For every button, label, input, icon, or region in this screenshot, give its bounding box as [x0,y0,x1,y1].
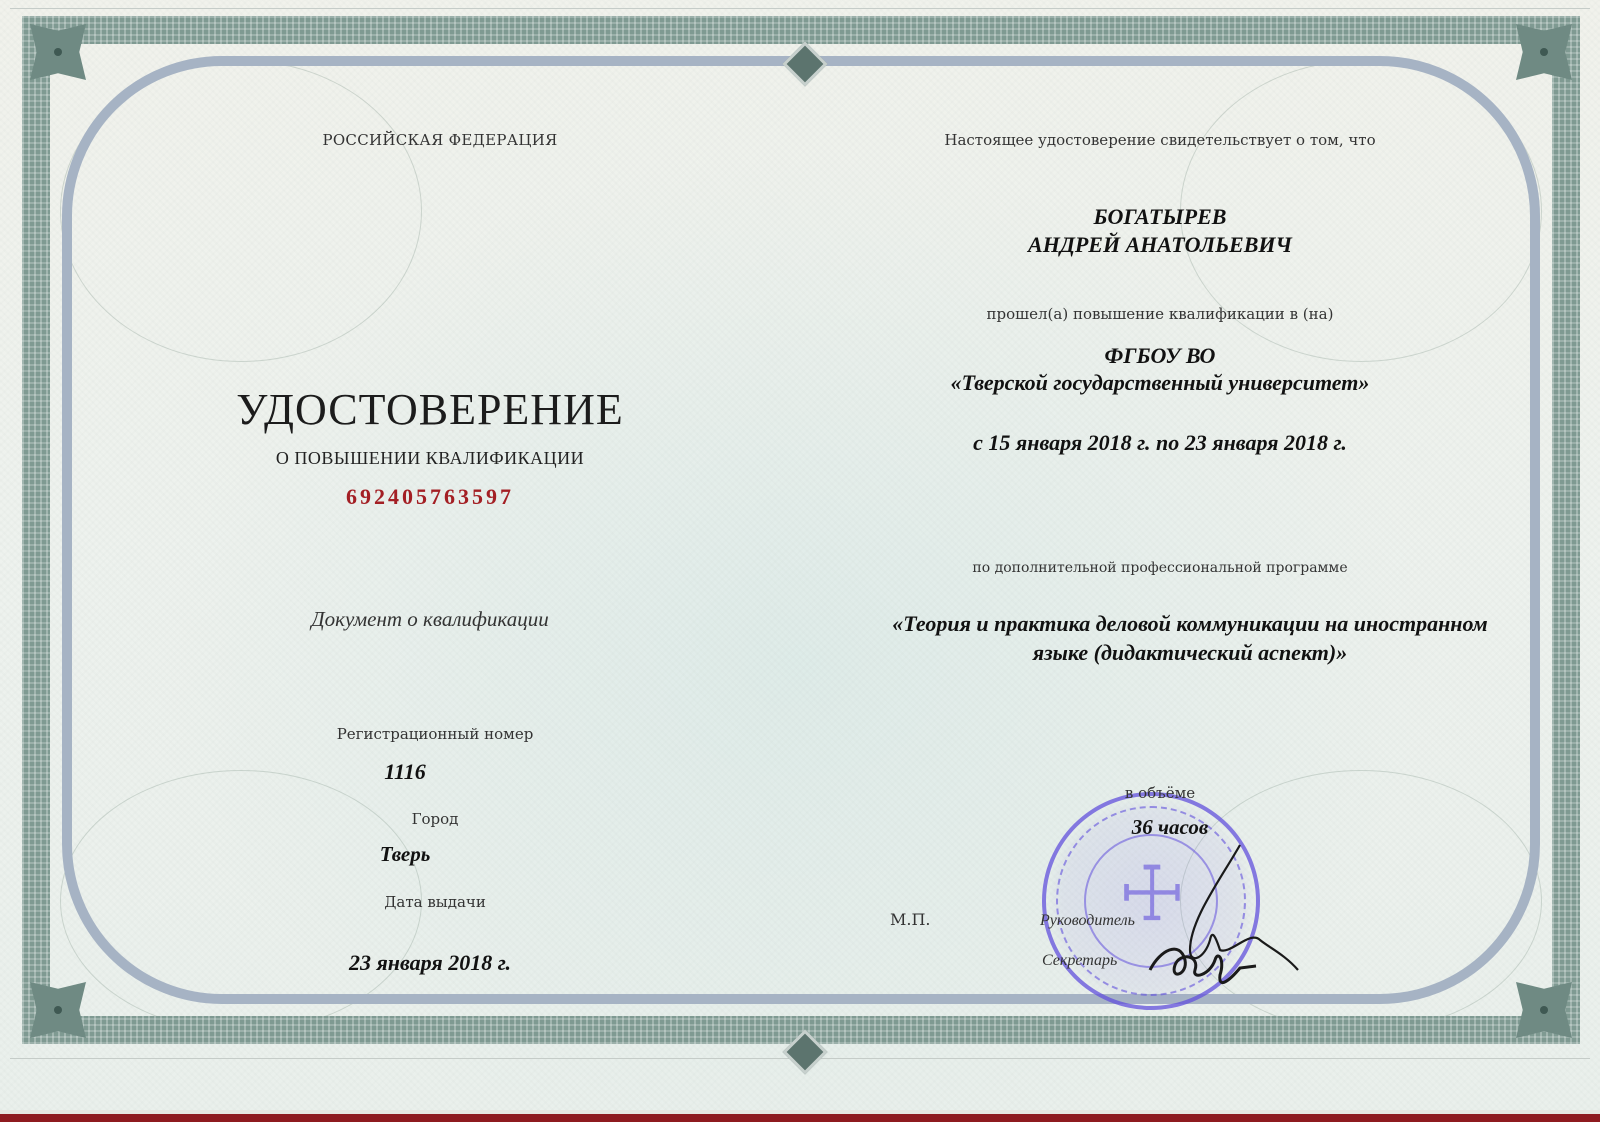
holder-surname: БОГАТЫРЕВ [950,204,1370,230]
stamp-place-label: М.П. [890,910,950,929]
registration-number-label: Регистрационный номер [280,725,590,743]
certificate-intro: Настоящее удостоверение свидетельствует … [900,131,1420,149]
issue-date-label: Дата выдачи [330,893,540,911]
program-title-line-1: «Теория и практика деловой коммуникации … [840,611,1540,637]
city-value: Тверь [330,842,480,867]
document-title: УДОСТОВЕРЕНИЕ [200,384,660,435]
country-label: РОССИЙСКАЯ ФЕДЕРАЦИЯ [280,131,600,149]
secretary-signature [1140,930,1260,1000]
program-title-line-2: языке (дидактический аспект)» [840,640,1540,666]
issue-date-value: 23 января 2018 г. [300,950,560,976]
volume-label: в объёме [1100,784,1220,802]
document-subtitle: О ПОВЫШЕНИИ КВАЛИФИКАЦИИ [200,448,660,469]
training-period: с 15 января 2018 г. по 23 января 2018 г. [900,430,1420,456]
institution-line-2: «Тверской государственный университет» [900,370,1420,396]
institution-line-1: ФГБОУ ВО [900,343,1420,369]
volume-value: 36 часов [1110,815,1230,840]
head-signature-label: Руководитель [1040,912,1170,930]
city-label: Город [360,810,510,828]
certificate-sheet: РОССИЙСКАЯ ФЕДЕРАЦИЯ УДОСТОВЕРЕНИЕ О ПОВ… [0,0,1600,1110]
corner-ornament-icon [30,24,86,80]
registration-number-value: 1116 [330,759,480,785]
holder-given-names: АНДРЕЙ АНАТОЛЬЕВИЧ [950,232,1370,258]
corner-ornament-icon [1516,982,1572,1038]
serial-number: 692405763597 [200,484,660,510]
inner-ornamental-band [62,56,1540,1004]
outer-rule [10,8,1590,9]
cover-edge-strip [0,1114,1600,1122]
document-kind: Документ о квалификации [230,607,630,632]
corner-ornament-icon [1516,24,1572,80]
passed-text: прошел(а) повышение квалификации в (на) [900,305,1420,323]
corner-ornament-icon [30,982,86,1038]
program-label: по дополнительной профессиональной прогр… [880,560,1440,576]
